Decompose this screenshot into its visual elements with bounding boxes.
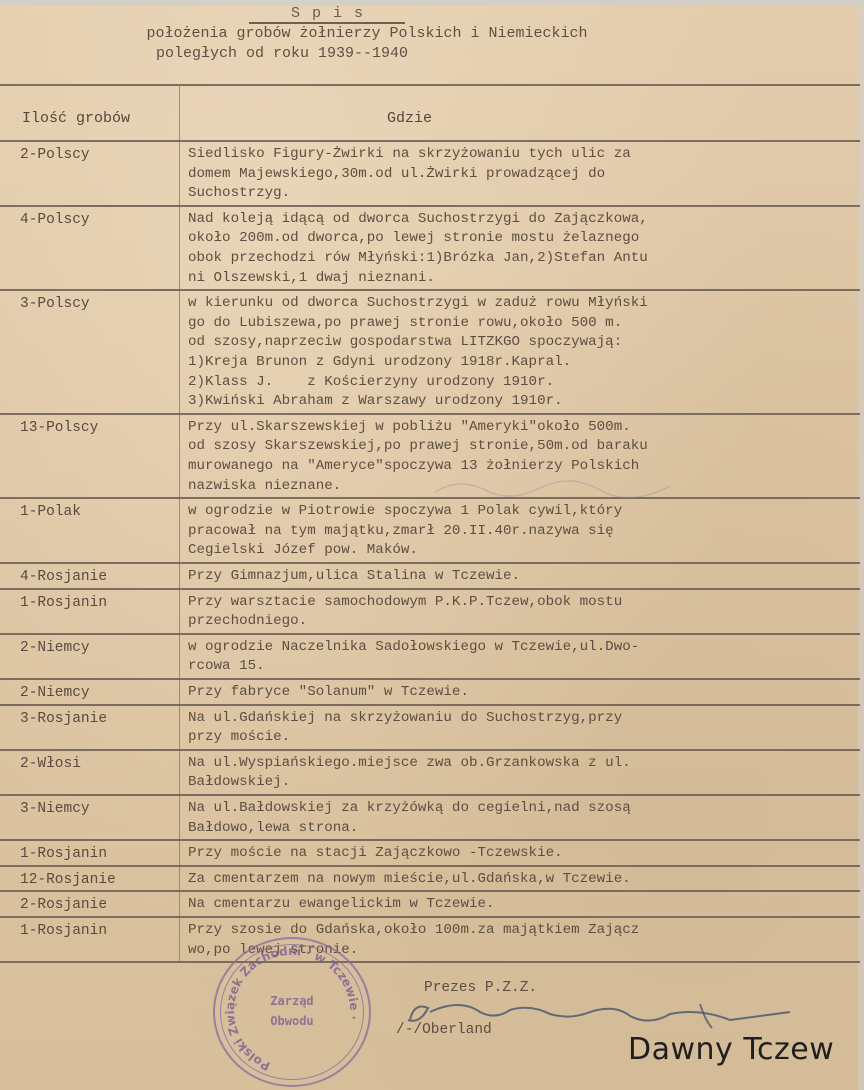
table-rule	[0, 84, 860, 86]
table-row: 1-Polakw ogrodzie w Piotrowie spoczywa 1…	[0, 499, 860, 564]
column-header-location: Gdzie	[387, 110, 432, 127]
document-header: Spis położenia grobów żołnierzy Polskich…	[0, 4, 864, 64]
grave-location: Przy moście na stacji Zajączkowo -Tczews…	[188, 844, 858, 864]
grave-location: Przy warsztacie samochodowym P.K.P.Tczew…	[188, 593, 858, 632]
document-page: Spis położenia grobów żołnierzy Polskich…	[0, 0, 864, 1090]
table-row: 2-RosjanieNa cmentarzu ewangelickim w Tc…	[0, 892, 860, 918]
grave-count: 2-Niemcy	[20, 683, 175, 703]
grave-count: 2-Polscy	[20, 145, 175, 165]
column-header-count: Ilość grobów	[22, 110, 130, 127]
grave-count: 1-Rosjanin	[20, 593, 175, 613]
grave-count: 3-Polscy	[20, 294, 175, 314]
grave-location: w ogrodzie w Piotrowie spoczywa 1 Polak …	[188, 502, 858, 561]
grave-location: Nad koleją idącą od dworca Suchostrzygi …	[188, 210, 858, 288]
table-row: 2-Niemcyw ogrodzie Naczelnika Sadołowski…	[0, 635, 860, 680]
table-row: 1-RosjaninPrzy warsztacie samochodowym P…	[0, 590, 860, 635]
watermark: Dawny Tczew	[628, 1032, 834, 1067]
grave-count: 2-Włosi	[20, 754, 175, 774]
table-row: 1-RosjaninPrzy szosie do Gdańska,około 1…	[0, 918, 860, 963]
grave-count: 2-Rosjanie	[20, 895, 175, 915]
table-rule	[0, 961, 860, 963]
document-title: Spis	[249, 5, 405, 24]
table-row: 2-PolscySiedlisko Figury-Żwirki na skrzy…	[0, 142, 860, 207]
grave-location: w kierunku od dworca Suchostrzygi w zadu…	[188, 294, 858, 412]
grave-count: 12-Rosjanie	[20, 870, 175, 890]
document-subtitle-line2: poległych od roku 1939--1940	[0, 44, 864, 64]
grave-location: Na cmentarzu ewangelickim w Tczewie.	[188, 895, 858, 915]
table-row: 3-RosjanieNa ul.Gdańskiej na skrzyżowani…	[0, 706, 860, 751]
official-stamp: Polski Związek Zachodni · w Tczewie · Za…	[213, 937, 371, 1087]
grave-location: Na ul.Gdańskiej na skrzyżowaniu do Sucho…	[188, 709, 858, 748]
grave-count: 1-Rosjanin	[20, 921, 175, 941]
table-row: 4-PolscyNad koleją idącą od dworca Sucho…	[0, 207, 860, 291]
grave-count: 13-Polscy	[20, 418, 175, 438]
grave-location: w ogrodzie Naczelnika Sadołowskiego w Tc…	[188, 638, 858, 677]
grave-location: Przy Gimnazjum,ulica Stalina w Tczewie.	[188, 567, 858, 587]
grave-count: 3-Rosjanie	[20, 709, 175, 729]
grave-count: 1-Polak	[20, 502, 175, 522]
table-row: 2-NiemcyPrzy fabryce "Solanum" w Tczewie…	[0, 680, 860, 706]
stamp-line1: Zarząd	[215, 991, 369, 1011]
grave-location: Za cmentarzem na nowym mieście,ul.Gdańsk…	[188, 870, 858, 890]
grave-location: Na ul.Bałdowskiej za krzyżówką do cegiel…	[188, 799, 858, 838]
table-row: 3-Polscyw kierunku od dworca Suchostrzyg…	[0, 291, 860, 415]
table-row: 1-RosjaninPrzy moście na stacji Zajączko…	[0, 841, 860, 867]
table-row: 12-RosjanieZa cmentarzem na nowym mieści…	[0, 867, 860, 893]
grave-count: 2-Niemcy	[20, 638, 175, 658]
grave-location: Siedlisko Figury-Żwirki na skrzyżowaniu …	[188, 145, 858, 204]
table-row: 2-WłosiNa ul.Wyspiańskiego.miejsce zwa o…	[0, 751, 860, 796]
grave-location: Przy fabryce "Solanum" w Tczewie.	[188, 683, 858, 703]
stamp-line2: Obwodu	[215, 1011, 369, 1031]
stamp-center-text: Zarząd Obwodu	[215, 991, 369, 1031]
grave-count: 3-Niemcy	[20, 799, 175, 819]
signatory-name: /-/Oberland	[396, 1022, 492, 1038]
document-subtitle-line1: położenia grobów żołnierzy Polskich i Ni…	[0, 24, 864, 44]
table-row: 4-RosjaniePrzy Gimnazjum,ulica Stalina w…	[0, 564, 860, 590]
table-row: 3-NiemcyNa ul.Bałdowskiej za krzyżówką d…	[0, 796, 860, 841]
faint-handwriting	[430, 472, 690, 502]
grave-location: Na ul.Wyspiańskiego.miejsce zwa ob.Grzan…	[188, 754, 858, 793]
grave-count: 1-Rosjanin	[20, 844, 175, 864]
grave-count: 4-Polscy	[20, 210, 175, 230]
grave-count: 4-Rosjanie	[20, 567, 175, 587]
